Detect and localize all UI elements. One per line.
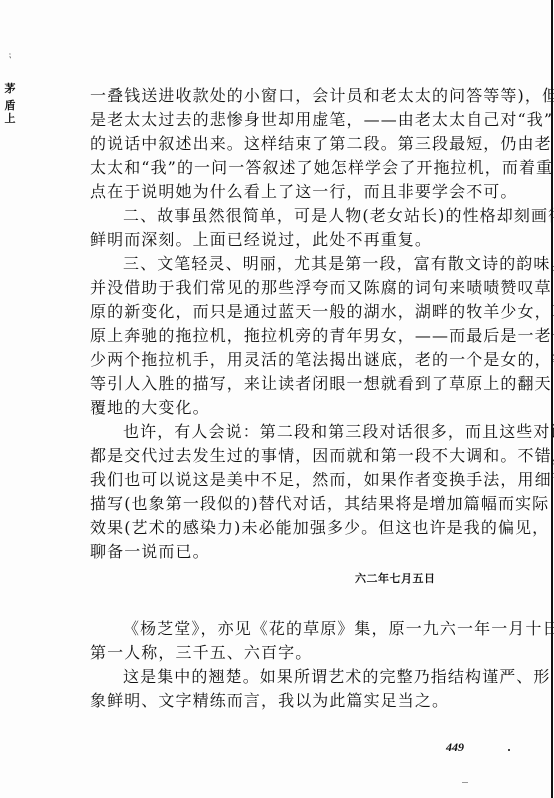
margin-char: 盾	[2, 99, 18, 112]
margin-char: 茅	[2, 82, 18, 95]
scan-speck	[508, 749, 510, 751]
text-line: 太太和“我”的一问一答叙述了她怎样学会了开拖拉机，而着重	[90, 156, 482, 180]
text-line: 并没借助于我们常见的那些浮夸而又陈腐的词句来啧啧赞叹草	[90, 276, 482, 300]
text-line: 原上奔驰的拖拉机，拖拉机旁的青年男女，——而最后是一老一	[90, 324, 482, 348]
text-line: 象鲜明、文字精练而言，我以为此篇实足当之。	[90, 689, 482, 713]
margin-mark: ⁏ 茅 盾 上	[2, 50, 18, 125]
text-line: 点在于说明她为什么看上了这一行，而且非要学会不可。	[90, 180, 482, 204]
text-line: 的说话中叙述出来。这样结束了第二段。第三段最短，仍由老	[90, 132, 482, 156]
margin-dots: ⁏	[2, 50, 18, 60]
text-line: 等引人入胜的描写，来让读者闭眼一想就看到了草原上的翻天	[90, 372, 482, 396]
text-line: 《杨芝堂》，亦见《花的草原》集，原一九六一年一月十日作，	[90, 617, 482, 641]
text-line: 鲜明而深刻。上面已经说过，此处不再重复。	[90, 228, 482, 252]
text-line: 描写(也象第一段似的)替代对话，其结果将是增加篇幅而实际	[90, 492, 482, 516]
notes-text: 《杨芝堂》，亦见《花的草原》集，原一九六一年一月十日作，第一人称，三千五、六百字…	[90, 617, 482, 713]
text-line: 也许，有人会说：第二段和第三段对话很多，而且这些对话	[90, 420, 482, 444]
text-line: 是老太太过去的悲惨身世却用虚笔，——由老太太自己对“我”	[90, 108, 482, 132]
text-line: 第一人称，三千五、六百字。	[90, 641, 482, 665]
text-line: 覆地的大变化。	[90, 396, 482, 420]
text-line: 我们也可以说这是美中不足，然而，如果作者变换手法，用细节	[90, 468, 482, 492]
text-line: 二、故事虽然很简单，可是人物(老女站长)的性格却刻画得	[90, 204, 482, 228]
scan-speck	[462, 782, 468, 783]
date-signature: 六二年七月五日	[355, 570, 436, 586]
text-line: 都是交代过去发生过的事情，因而就和第一段不大调和。不错，	[90, 444, 482, 468]
text-line: 这是集中的翘楚。如果所谓艺术的完整乃指结构谨严、形	[90, 665, 482, 689]
main-text: 一叠钱送进收款处的小窗口，会计员和老太太的问答等等)，但是老太太过去的悲惨身世却…	[90, 84, 482, 564]
margin-char: 上	[2, 112, 18, 125]
text-line: 聊备一说而已。	[90, 540, 482, 564]
text-line: 三、文笔轻灵、明丽，尤其是第一段，富有散文诗的韵味。它	[90, 252, 482, 276]
text-line: 原的新变化，而只是通过蓝天一般的湖水，湖畔的牧羊少女，草	[90, 300, 482, 324]
text-line: 效果(艺术的感染力)未必能加强多少。但这也许是我的偏见，	[90, 516, 482, 540]
text-line: 一叠钱送进收款处的小窗口，会计员和老太太的问答等等)，但	[90, 84, 482, 108]
page-number: 449	[446, 740, 464, 755]
text-line: 少两个拖拉机手，用灵活的笔法揭出谜底，老的一个是女的，等	[90, 348, 482, 372]
